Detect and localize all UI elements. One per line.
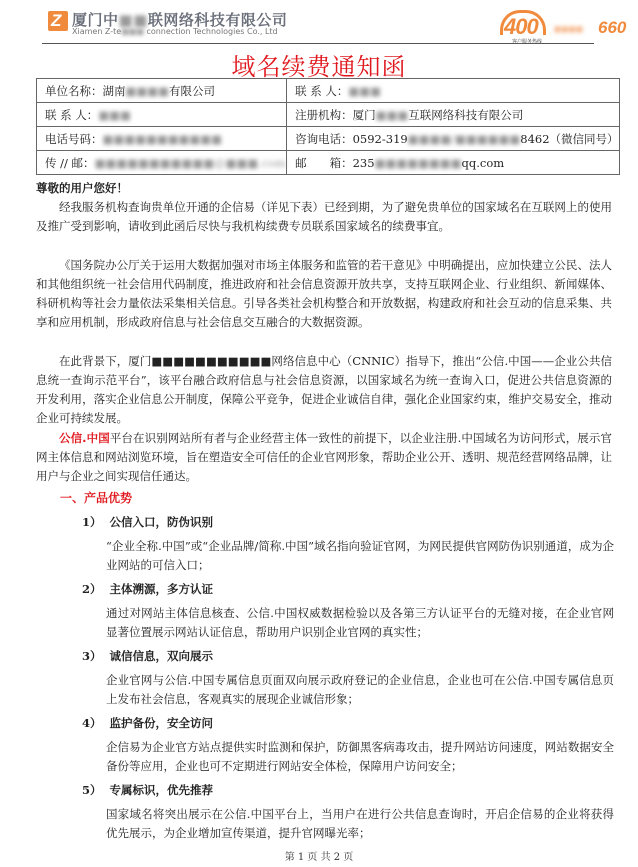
info-cell-contact: 联 系 人：■■■ [287, 79, 619, 103]
info-cell-contact-person: 联 系 人：■■■ [37, 103, 287, 127]
item-text-1: “企业全称.中国”或“企业品牌/简称.中国”域名指向验证官网，为网民提供官网防伪… [106, 537, 614, 575]
page-number: 第 1 页 共 2 页 [0, 848, 638, 863]
paragraph-platform: 公信.中国平台在识别网站所有者与企业经营主体一致性的前提下，以企业注册.中国域名… [36, 429, 612, 486]
item-text-4: 企信易为企业官方站点提供实时监测和保护，防御黑客病毒攻击，提升网站访问速度，网站… [106, 738, 614, 776]
info-cell-consult-phone: 咨询电话：0592-319■■■■/■■■■■■8462（微信同号） [287, 127, 619, 151]
info-cell-registrar: 注册机构：厦门■■■互联网络科技有限公司 [287, 103, 619, 127]
section-title: 一、产品优势 [60, 489, 132, 506]
page-title: 域名续费通知函 [0, 47, 638, 82]
info-table: 单位名称：湖南■■■■有限公司 联 系 人：■■■ 联 系 人：■■■ 注册机构… [36, 78, 620, 175]
info-cell-unit-name: 单位名称：湖南■■■■有限公司 [37, 79, 287, 103]
table-row: 电话号码：■■■■■■■■■■■ 咨询电话：0592-319■■■■/■■■■■… [37, 127, 620, 151]
paragraph-background: 在此背景下，厦门■■■■■■■■■■■网络信息中心（CNNIC）指导下，推出“公… [36, 352, 612, 428]
info-cell-fax-email: 传 // 邮：■■■■■■■■■■■@■■■.com [37, 151, 287, 175]
redacted-text: ■■■ [376, 108, 409, 122]
item-heading-3: 3）诚信信息，双向展示 [82, 648, 213, 664]
item-text-3: 企业官网与公信.中国专属信息页面双向展示政府登记的企业信息，企业也可在公信.中国… [106, 671, 614, 709]
table-row: 传 // 邮：■■■■■■■■■■■@■■■.com 邮 箱：235■■■■■■… [37, 151, 620, 175]
redacted-text: ■■■ [98, 108, 131, 122]
hotline-prefix: 400 [504, 14, 538, 40]
redacted-text: ■■■ [121, 27, 146, 36]
hotline-redacted: ■■■■ [554, 22, 583, 36]
redacted-text: ■■■■ [126, 84, 169, 98]
company-logo-icon [48, 11, 68, 31]
table-row: 单位名称：湖南■■■■有限公司 联 系 人：■■■ [37, 79, 620, 103]
company-name-en: Xiamen Z-te■■■ connection Technologies C… [72, 27, 278, 36]
item-text-5: 国家域名将突出展示在公信.中国平台上，当用户在进行公共信息查询时，开启企信易的企… [106, 805, 614, 843]
platform-name-highlight: 公信.中国 [59, 431, 110, 445]
header-divider [42, 43, 594, 44]
redacted-text: ■■■■■■■■■■■@■■■.com [95, 156, 287, 170]
item-heading-2: 2）主体溯源，多方认证 [82, 581, 213, 597]
greeting: 尊敬的用户您好！ [36, 180, 128, 196]
item-heading-4: 4）监护备份，安全访问 [82, 715, 213, 731]
redacted-text: ■■■■■■■■■■■ [103, 132, 223, 146]
item-heading-5: 5）专属标识，优先推荐 [82, 782, 213, 798]
redacted-text: ■■■■■■■■ [375, 156, 462, 170]
redacted-text: ■■■ [348, 84, 381, 98]
item-heading-1: 1）公信入口，防伪识别 [82, 514, 213, 530]
info-cell-phone: 电话号码：■■■■■■■■■■■ [37, 127, 287, 151]
paragraph-expiry-notice: 经我服务机构查询贵单位开通的企信易（详见下表）已经到期，为了避免贵单位的国家域名… [36, 198, 612, 236]
hotline-logo: 400 ■■■■ 660 客户服务热线 [500, 10, 630, 38]
table-row: 联 系 人：■■■ 注册机构：厦门■■■互联网络科技有限公司 [37, 103, 620, 127]
paragraph-policy: 《国务院办公厅关于运用大数据加强对市场主体服务和监管的若干意见》中明确提出，应加… [36, 256, 612, 332]
item-text-2: 通过对网站主体信息核查、公信.中国权威数据检验以及各第三方认证平台的无缝对接，在… [106, 604, 614, 642]
hotline-suffix: 660 [598, 18, 626, 38]
redacted-text: ■■■■/■■■■■■ [408, 132, 521, 146]
info-cell-email: 邮 箱：235■■■■■■■■qq.com [287, 151, 619, 175]
